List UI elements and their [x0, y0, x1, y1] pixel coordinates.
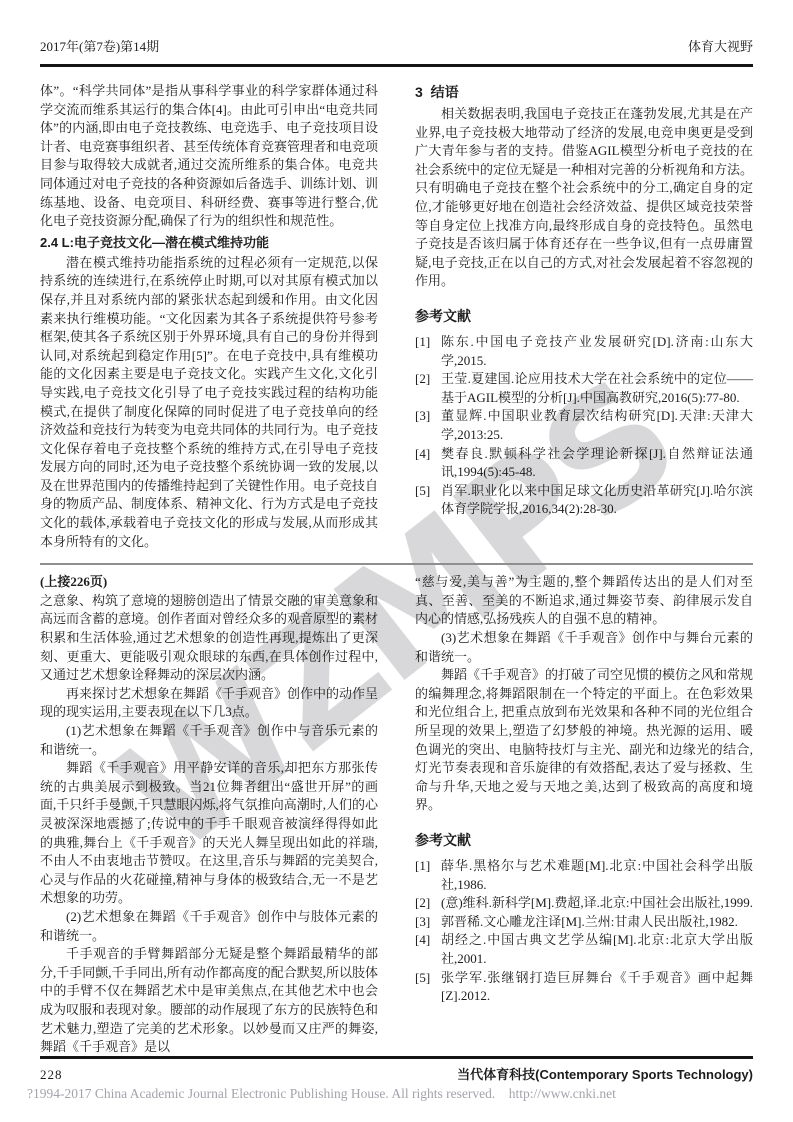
paragraph: (3)艺术想象在舞蹈《千手观音》创作中与舞台元素的和谐统一。 — [415, 629, 753, 666]
ref-text: 董显辉.中国职业教育层次结构研究[D].天津:天津大学,2013:25. — [441, 407, 753, 444]
ref-marker: [1] — [415, 333, 441, 352]
column-name: 体育大视野 — [688, 36, 753, 55]
footer-rule — [40, 1056, 753, 1059]
lower-section: (上接226页) 之意象、构筑了意境的翅膀创造出了情景交融的审美意象和高远而含蓄… — [40, 573, 753, 1056]
section-heading-2-4: 2.4 L:电子竞技文化—潜在模式维持功能 — [40, 233, 378, 252]
issue-info: 2017年(第7卷)第14期 — [40, 36, 159, 55]
ref-text: (意)维科.新科学[M].费超,译.北京:中国社会出版社,1999. — [441, 894, 753, 913]
references-list: [1] 陈东.中国电子竞技产业发展研究[D].济南:山东大学,2015. [2]… — [415, 333, 753, 519]
paragraph: 舞蹈《千手观音》的打破了司空见惯的模仿之风和常规的编舞理念,将舞蹈限制在一个特定… — [415, 666, 753, 815]
ref-marker: [5] — [415, 969, 441, 988]
paragraph: 舞蹈《千手观音》用平静安详的音乐,却把东方那张传统的古典美展示到极致。当21位舞… — [40, 759, 378, 908]
ref-text: 郭晋稀.文心雕龙注译[M].兰州:甘肃人民出版社,1982. — [441, 913, 753, 932]
reference-item: [4] 樊春良.默顿科学社会学理论新探[J].自然辩证法通讯,1994(5):4… — [415, 445, 753, 482]
ref-marker: [3] — [415, 913, 441, 932]
ref-marker: [2] — [415, 370, 441, 389]
ref-text: 张学军.张继钢打造巨屏舞台《千手观音》画中起舞[Z].2012. — [441, 969, 753, 1006]
journal-name: 当代体育科技(Contemporary Sports Technology) — [457, 1064, 753, 1083]
continued-from-label: (上接226页) — [40, 573, 378, 592]
ref-text: 樊春良.默顿科学社会学理论新探[J].自然辩证法通讯,1994(5):45-48… — [441, 445, 753, 482]
ref-text: 薛华.黑格尔与艺术难题[M].北京:中国社会科学出版社,1986. — [441, 857, 753, 894]
paragraph: 相关数据表明,我国电子竞技正在蓬勃发展,尤其是在产业界,电子竞技极大地带动了经济… — [415, 105, 753, 291]
page-header: 2017年(第7卷)第14期 体育大视野 — [40, 36, 753, 55]
reference-item: [4] 胡经之.中国古典文艺学丛编[M].北京:北京大学出版社,2001. — [415, 931, 753, 968]
lower-left-column: (上接226页) 之意象、构筑了意境的翅膀创造出了情景交融的审美意象和高远而含蓄… — [40, 573, 378, 1056]
page-number: 228 — [40, 1067, 63, 1083]
references-heading: 参考文献 — [415, 307, 753, 325]
reference-item: [3] 董显辉.中国职业教育层次结构研究[D].天津:天津大学,2013:25. — [415, 407, 753, 444]
ref-marker: [4] — [415, 445, 441, 464]
paragraph: 再来探讨艺术想象在舞蹈《千手观音》创作中的动作呈现的现实运用,主要表现在以下几3… — [40, 685, 378, 722]
reference-item: [3] 郭晋稀.文心雕龙注译[M].兰州:甘肃人民出版社,1982. — [415, 913, 753, 932]
ref-marker: [5] — [415, 482, 441, 501]
journal-page: WZMPS 2017年(第7卷)第14期 体育大视野 体”。“科学共同体”是指从… — [0, 0, 793, 1122]
upper-right-column: 3 结语 相关数据表明,我国电子竞技正在蓬勃发展,尤其是在产业界,电子竞技极大地… — [415, 82, 753, 551]
paragraph: 潜在模式维持功能指系统的过程必须有一定规范,以保持系统的连续进行,在系统停止时期… — [40, 254, 378, 552]
paragraph: 体”。“科学共同体”是指从事科学事业的科学家群体通过科学交流而维系其运行的集合体… — [40, 82, 378, 231]
ref-marker: [2] — [415, 894, 441, 913]
references-list: [1] 薛华.黑格尔与艺术难题[M].北京:中国社会科学出版社,1986. [2… — [415, 857, 753, 1006]
ref-text: 王莹.夏建国.论应用技术大学在社会系统中的定位——基于AGIL模型的分析[J].… — [441, 370, 753, 407]
paragraph: 千手观音的手臂舞蹈部分无疑是整个舞蹈最精华的部分,千手同颤,千手同出,所有动作都… — [40, 945, 378, 1057]
page-content: 体”。“科学共同体”是指从事科学事业的科学家群体通过科学交流而维系其运行的集合体… — [40, 82, 753, 1057]
ref-marker: [4] — [415, 931, 441, 950]
reference-item: [1] 陈东.中国电子竞技产业发展研究[D].济南:山东大学,2015. — [415, 333, 753, 370]
reference-item: [2] (意)维科.新科学[M].费超,译.北京:中国社会出版社,1999. — [415, 894, 753, 913]
lower-right-column: “慈与爱,美与善”为主题的,整个舞蹈传达出的是人们对至真、至善、至美的不断追求,… — [415, 573, 753, 1056]
reference-item: [5] 张学军.张继钢打造巨屏舞台《千手观音》画中起舞[Z].2012. — [415, 969, 753, 1006]
upper-section: 体”。“科学共同体”是指从事科学事业的科学家群体通过科学交流而维系其运行的集合体… — [40, 82, 753, 551]
ref-text: 胡经之.中国古典文艺学丛编[M].北京:北京大学出版社,2001. — [441, 931, 753, 968]
paragraph: (1)艺术想象在舞蹈《千手观音》创作中与音乐元素的和谐统一。 — [40, 722, 378, 759]
ref-marker: [3] — [415, 407, 441, 426]
ref-marker: [1] — [415, 857, 441, 876]
reference-item: [5] 肖军.职业化以来中国足球文化历史沿革研究[J].哈尔滨体育学院学报,20… — [415, 482, 753, 519]
reference-item: [2] 王莹.夏建国.论应用技术大学在社会系统中的定位——基于AGIL模型的分析… — [415, 370, 753, 407]
ref-text: 陈东.中国电子竞技产业发展研究[D].济南:山东大学,2015. — [441, 333, 753, 370]
copyright-notice: ?1994-2017 China Academic Journal Electr… — [27, 1086, 616, 1102]
reference-item: [1] 薛华.黑格尔与艺术难题[M].北京:中国社会科学出版社,1986. — [415, 857, 753, 894]
references-heading: 参考文献 — [415, 831, 753, 849]
paragraph: “慈与爱,美与善”为主题的,整个舞蹈传达出的是人们对至真、至善、至美的不断追求,… — [415, 573, 753, 629]
ref-text: 肖军.职业化以来中国足球文化历史沿革研究[J].哈尔滨体育学院学报,2016,3… — [441, 482, 753, 519]
page-footer: 228 当代体育科技(Contemporary Sports Technolog… — [40, 1064, 753, 1083]
header-rule — [40, 64, 753, 67]
paragraph: (2)艺术想象在舞蹈《千手观音》创作中与肢体元素的和谐统一。 — [40, 908, 378, 945]
upper-left-column: 体”。“科学共同体”是指从事科学事业的科学家群体通过科学交流而维系其运行的集合体… — [40, 82, 378, 551]
paragraph: 之意象、构筑了意境的翅膀创造出了情景交融的审美意象和高远而含蓄的意境。创作者面对… — [40, 592, 378, 685]
section-heading-conclusion: 3 结语 — [415, 82, 753, 102]
section-divider — [40, 563, 753, 565]
